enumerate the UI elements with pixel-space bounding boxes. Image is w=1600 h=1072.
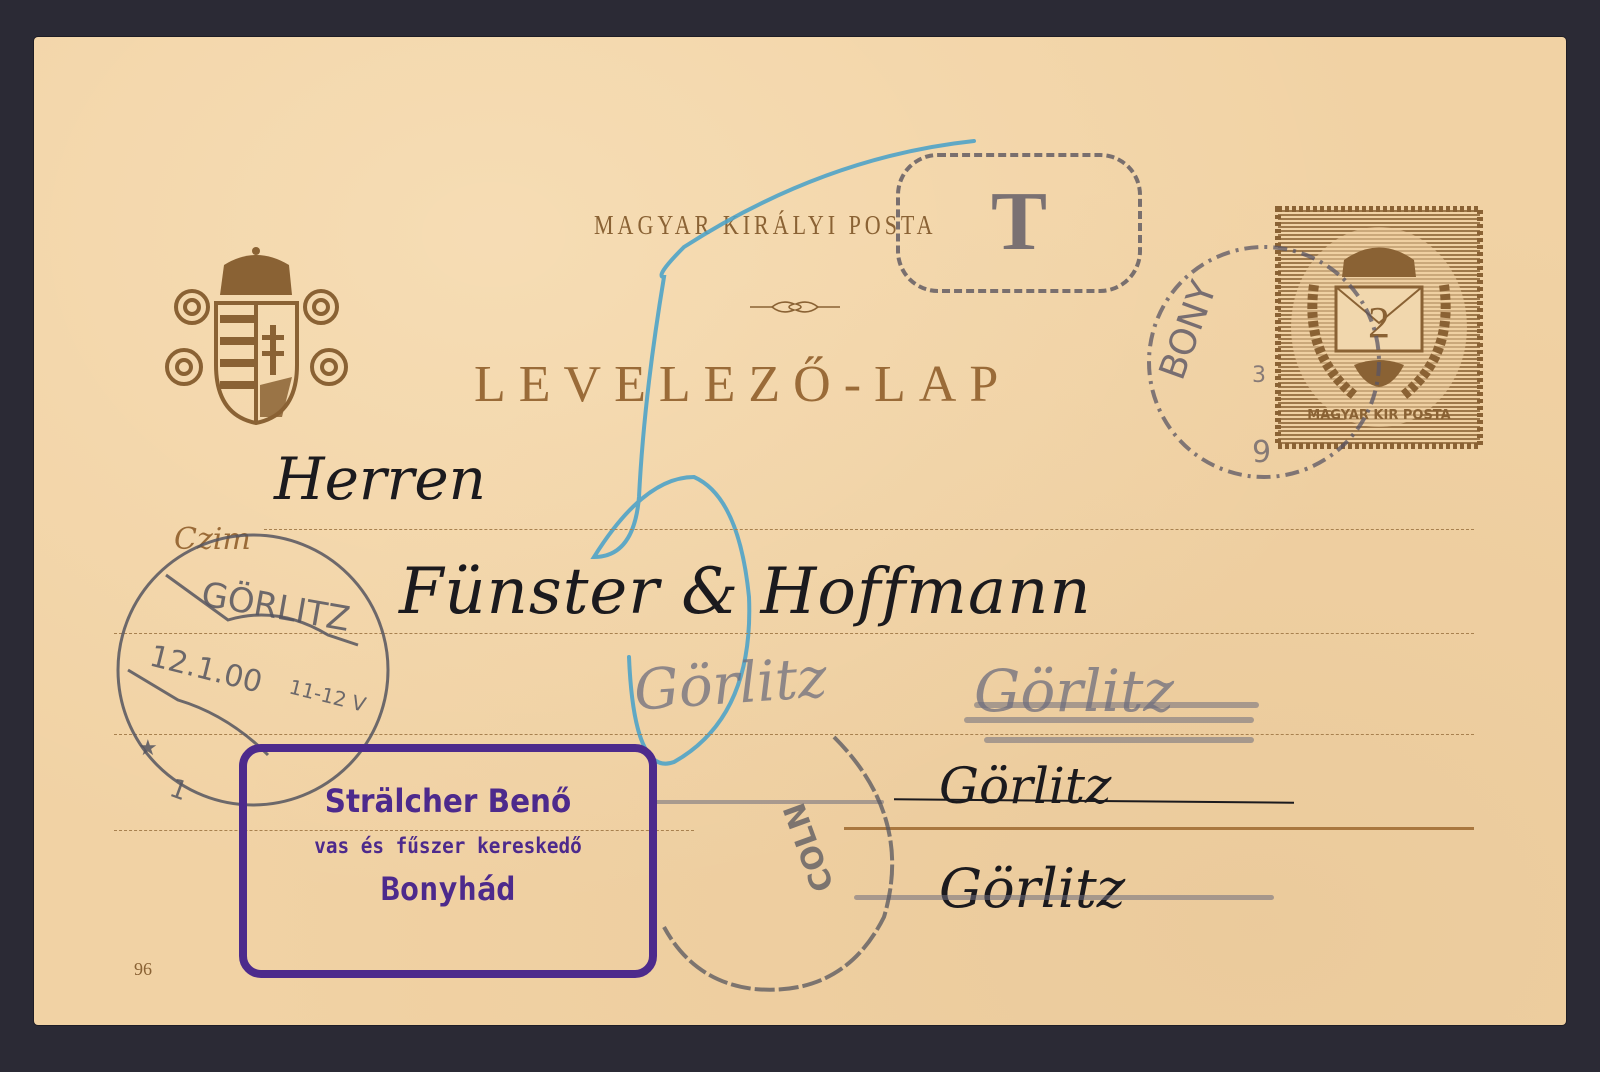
svg-text:GÖRLITZ: GÖRLITZ	[198, 573, 353, 639]
coln-postmark: COLN	[634, 727, 934, 1007]
recipient-name: Fünster & Hoffmann	[399, 555, 1092, 629]
card-number: 96	[134, 959, 152, 980]
pencil-redirect-2: Görlitz	[974, 657, 1174, 725]
svg-text:11-12 V: 11-12 V	[287, 675, 369, 717]
svg-text:★: ★	[138, 736, 158, 761]
final-destination: Görlitz	[939, 857, 1125, 920]
coat-of-arms-icon	[164, 245, 349, 435]
svg-text:COLN: COLN	[777, 798, 841, 896]
sender-stamp: Strälcher Benő vas és fűszer kereskedő B…	[239, 744, 657, 978]
sender-town: Bonyhád	[247, 870, 649, 908]
svg-text:3: 3	[1252, 363, 1266, 388]
pencil-redirect-1: Görlitz	[632, 645, 829, 723]
svg-text:BONY: BONY	[1152, 275, 1226, 385]
sender-name: Strälcher Benő	[263, 782, 633, 820]
postcard: MAGYAR KIRÁLYI POSTA LEVELEZŐ-LAP T 2 MA…	[34, 37, 1566, 1025]
sender-trade: vas és fűszer kereskedő	[263, 834, 633, 858]
svg-text:1: 1	[166, 773, 192, 807]
salutation: Herren	[274, 445, 486, 513]
svg-text:9: 9	[1252, 435, 1271, 470]
origin-postmark: BONY 3 9	[1134, 232, 1394, 492]
crossed-out-destination: Görlitz	[939, 757, 1111, 815]
